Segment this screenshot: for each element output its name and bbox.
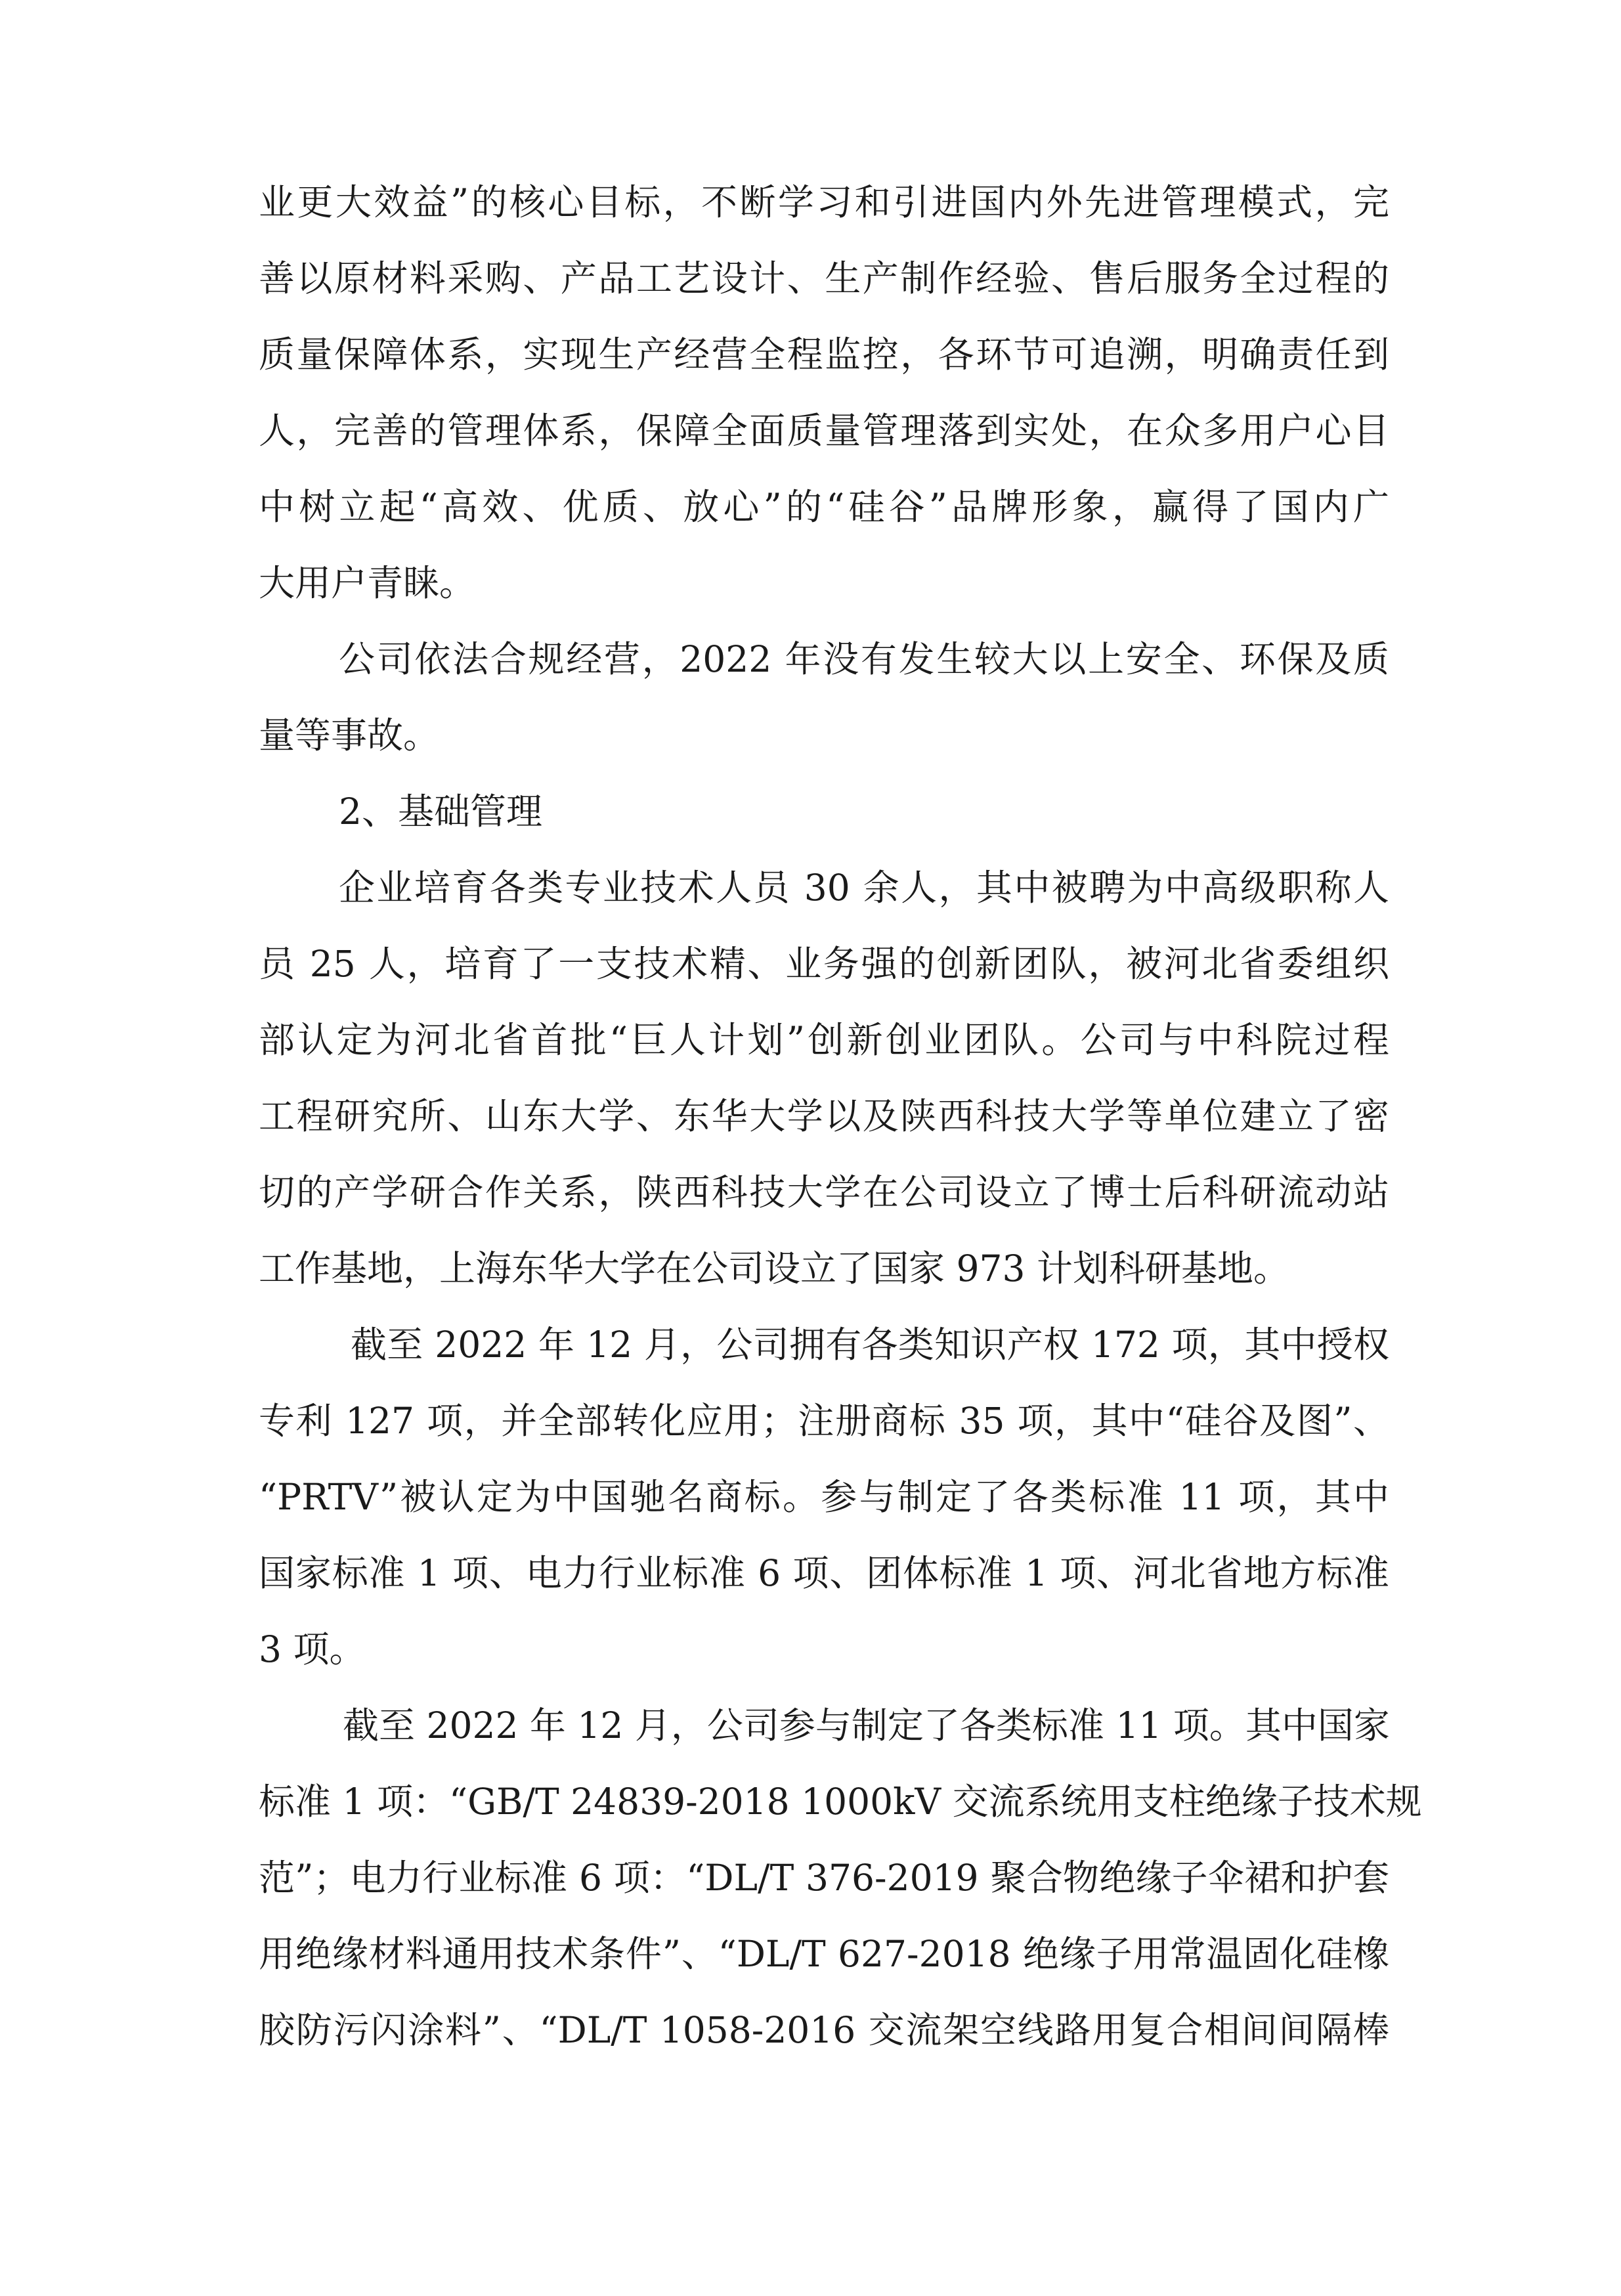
document-page: 业更大效益”的核心目标，不断学习和引进国内外先进管理模式，完 善以原材料采购、产…	[259, 164, 1389, 2068]
text-line: 质量保障体系，实现生产经营全程监控，各环节可追溯，明确责任到	[259, 316, 1389, 393]
text-line: 工作基地，上海东华大学在公司设立了国家 973 计划科研基地。	[259, 1230, 1389, 1307]
text-line: 业更大效益”的核心目标，不断学习和引进国内外先进管理模式，完	[259, 164, 1389, 240]
paragraph-compliance: 公司依法合规经营，2022 年没有发生较大以上安全、环保及质 量等事故。	[259, 621, 1389, 773]
text-line: 量等事故。	[259, 697, 1389, 773]
text-line: 工程研究所、山东大学、东华大学以及陕西科技大学等单位建立了密	[259, 1078, 1389, 1154]
text-line: 公司依法合规经营，2022 年没有发生较大以上安全、环保及质	[259, 621, 1389, 697]
section-heading: 2、基础管理	[259, 773, 1389, 850]
text-line: 人，完善的管理体系，保障全面质量管理落到实处，在众多用户心目	[259, 393, 1389, 469]
text-line: 专利 127 项，并全部转化应用；注册商标 35 项，其中“硅谷及图”、	[259, 1383, 1389, 1459]
text-line: 企业培育各类专业技术人员 30 余人，其中被聘为中高级职称人	[259, 850, 1389, 926]
paragraph-standards: 截至 2022 年 12 月，公司参与制定了各类标准 11 项。其中国家 标准 …	[259, 1687, 1389, 2068]
text-line: 切的产学研合作关系，陕西科技大学在公司设立了博士后科研流动站	[259, 1154, 1389, 1230]
text-line: 截至 2022 年 12 月，公司参与制定了各类标准 11 项。其中国家	[259, 1687, 1389, 1764]
paragraph-intellectual-property: 截至 2022 年 12 月，公司拥有各类知识产权 172 项，其中授权 专利 …	[259, 1307, 1389, 1687]
text-line: “PRTV”被认定为中国驰名商标。参与制定了各类标准 11 项，其中	[259, 1459, 1389, 1535]
text-line: 胶防污闪涂料”、“DL/T 1058-2016 交流架空线路用复合相间间隔棒	[259, 1992, 1389, 2068]
text-line: 善以原材料采购、产品工艺设计、生产制作经验、售后服务全过程的	[259, 240, 1389, 316]
section-heading-basic-management: 2、基础管理	[259, 773, 1389, 850]
text-line: 范”；电力行业标准 6 项：“DL/T 376-2019 聚合物绝缘子伞裙和护套	[259, 1840, 1389, 1916]
text-line: 员 25 人，培育了一支技术精、业务强的创新团队，被河北省委组织	[259, 926, 1389, 1002]
text-line: 标准 1 项：“GB/T 24839-2018 1000kV 交流系统用支柱绝缘…	[259, 1764, 1389, 1840]
paragraph-talent: 企业培育各类专业技术人员 30 余人，其中被聘为中高级职称人 员 25 人，培育…	[259, 850, 1389, 1307]
text-line: 大用户青睐。	[259, 545, 1389, 621]
text-line: 国家标准 1 项、电力行业标准 6 项、团体标准 1 项、河北省地方标准	[259, 1535, 1389, 1611]
text-line: 部认定为河北省首批“巨人计划”创新创业团队。公司与中科院过程	[259, 1002, 1389, 1078]
text-line: 用绝缘材料通用技术条件”、“DL/T 627-2018 绝缘子用常温固化硅橡	[259, 1916, 1389, 1992]
text-line: 截至 2022 年 12 月，公司拥有各类知识产权 172 项，其中授权	[259, 1307, 1389, 1383]
text-line: 中树立起“高效、优质、放心”的“硅谷”品牌形象，赢得了国内广	[259, 469, 1389, 545]
text-line: 3 项。	[259, 1611, 1389, 1687]
paragraph-quality-system: 业更大效益”的核心目标，不断学习和引进国内外先进管理模式，完 善以原材料采购、产…	[259, 164, 1389, 621]
